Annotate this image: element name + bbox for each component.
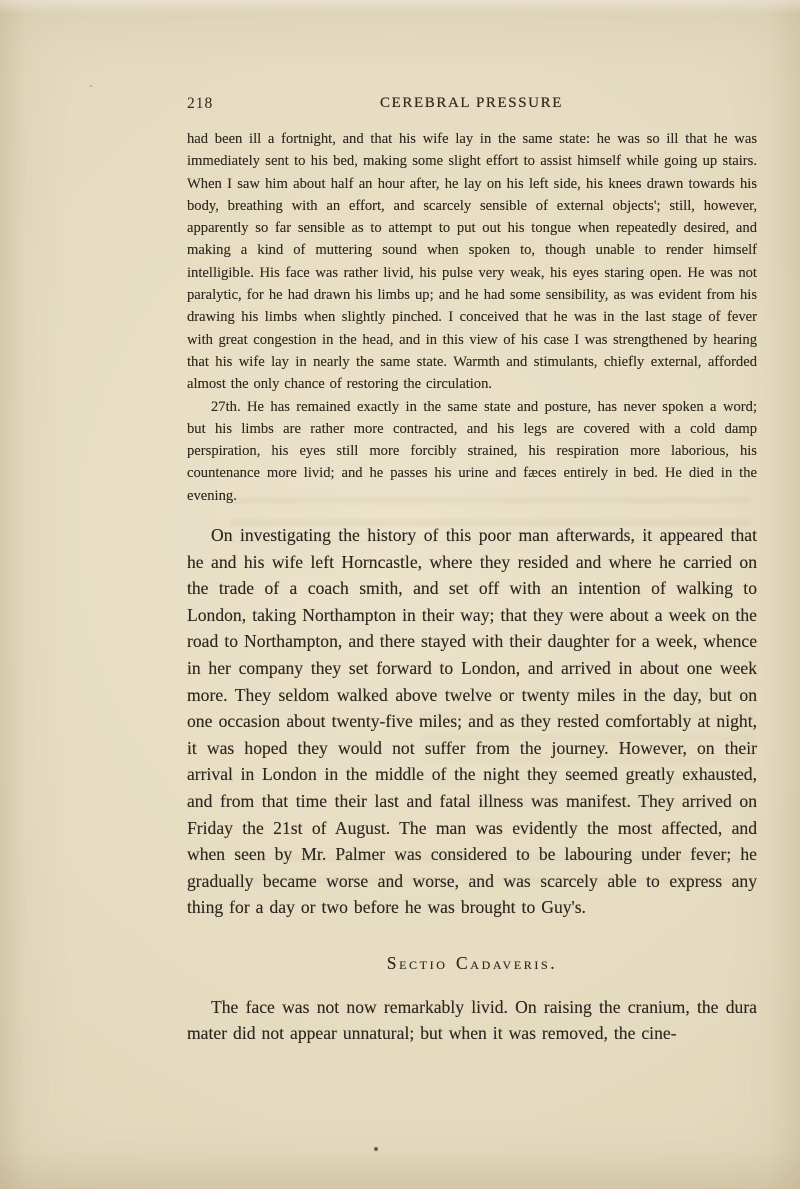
running-title: CEREBRAL PRESSURE — [187, 95, 756, 112]
paragraph-history: On investigating the history of this poo… — [187, 522, 757, 921]
paragraph-27th-entry: 27th. He has remained exactly in the sam… — [187, 396, 757, 507]
ink-speck — [374, 1147, 378, 1151]
running-header: 218 CEREBRAL PRESSURE — [187, 95, 756, 115]
paragraph-autopsy: The face was not now remarkably livid. O… — [187, 994, 757, 1047]
ink-speck — [90, 85, 92, 87]
page-body: had been ill a fortnight, and that his w… — [187, 128, 757, 1047]
section-heading-sectio-cadaveris: Sectio Cadaveris. — [187, 950, 757, 977]
paragraph-case-description: had been ill a fortnight, and that his w… — [187, 128, 757, 396]
scanned-book-page: 218 CEREBRAL PRESSURE had been ill a for… — [0, 0, 800, 1189]
ink-speck — [268, 253, 270, 255]
